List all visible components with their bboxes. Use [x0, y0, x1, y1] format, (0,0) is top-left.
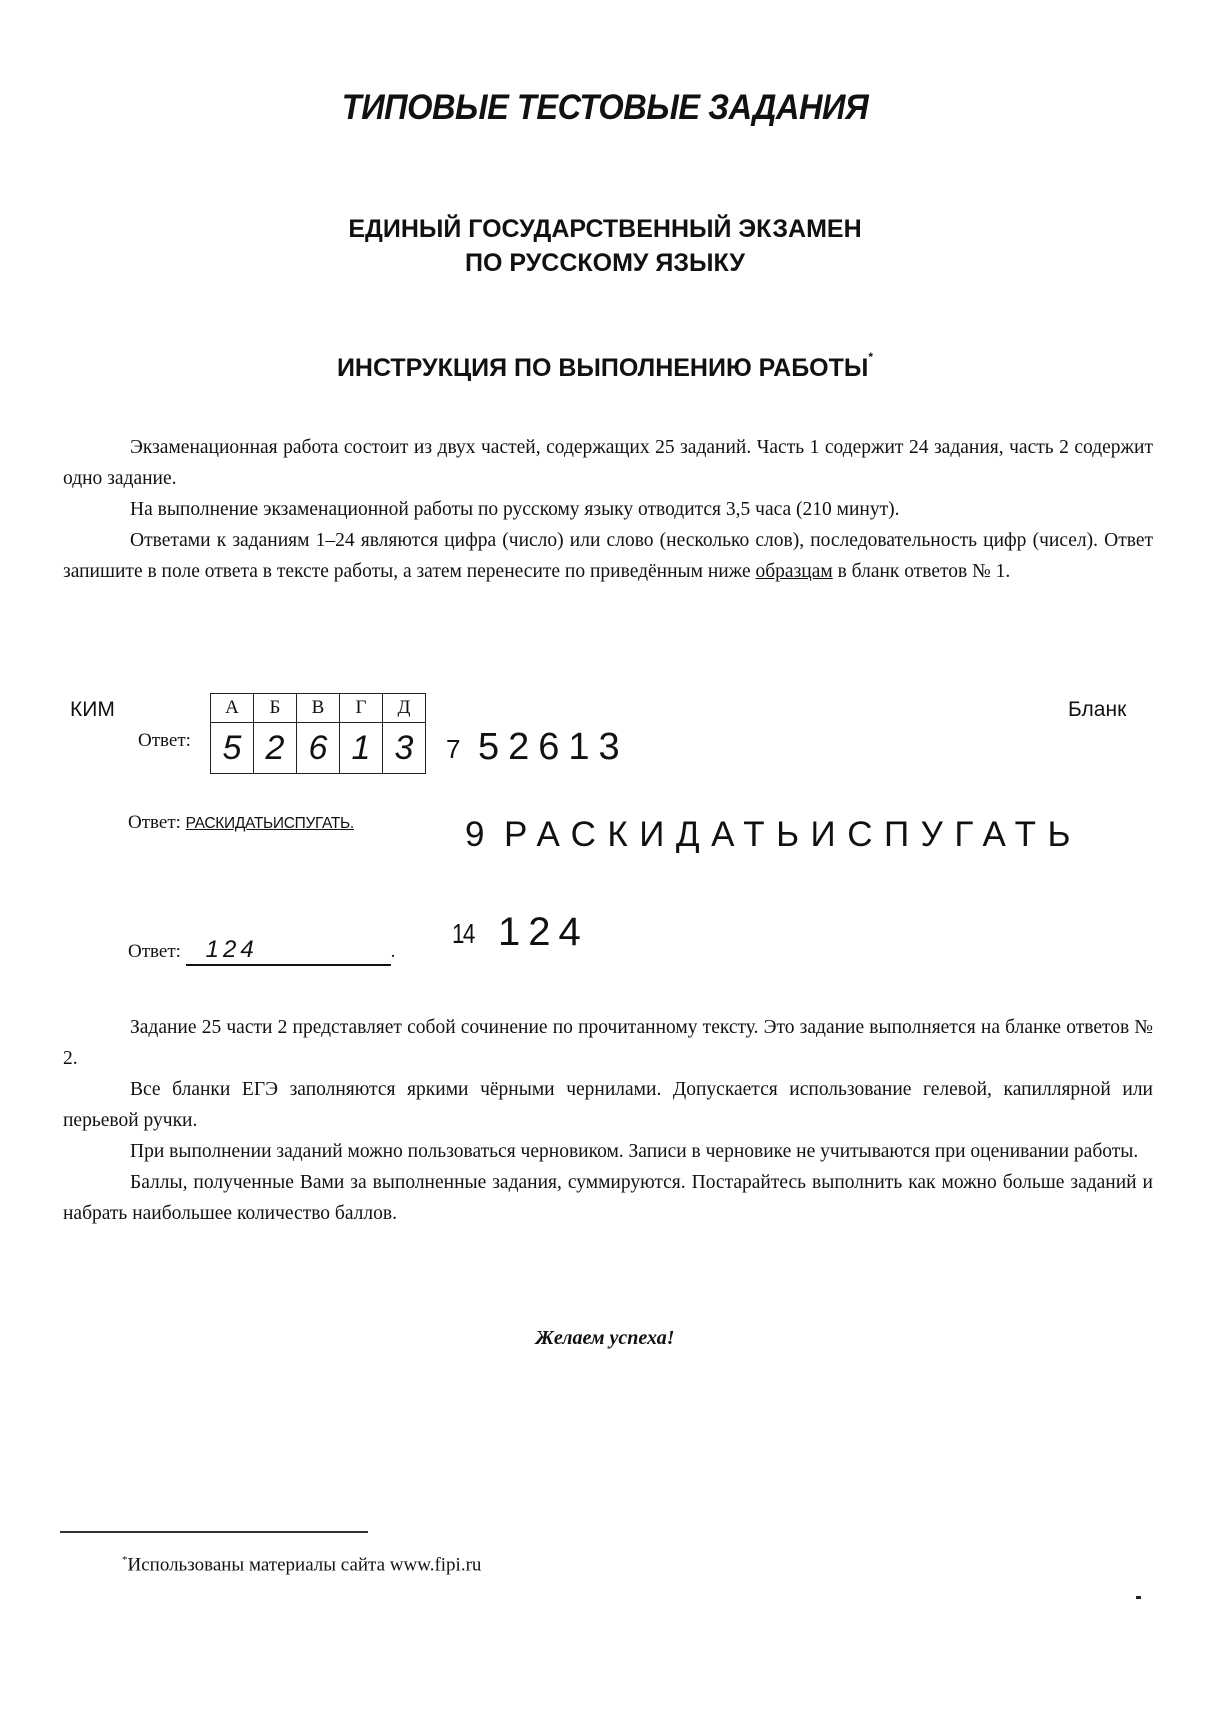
answer-table-value-d: 3: [383, 723, 426, 774]
answer-label-2-text: Ответ:: [128, 812, 181, 833]
answer-table-header-a: А: [211, 694, 254, 723]
answer-table-value-g: 1: [340, 723, 383, 774]
rules-paragraph-4: Баллы, полученные Вами за выполненные за…: [63, 1167, 1153, 1229]
samples-link: образцам: [756, 561, 833, 582]
intro-section: Экзаменационная работа состоит из двух ч…: [63, 432, 1153, 587]
subtitle-line-1: ЕДИНЫЙ ГОСУДАРСТВЕННЫЙ ЭКЗАМЕН: [0, 212, 1210, 246]
scan-artifact: [1136, 1596, 1141, 1599]
rules-paragraph-2: Все бланки ЕГЭ заполняются яркими чёрным…: [63, 1074, 1153, 1136]
footnote-text: Использованы материалы сайта www.fipi.ru: [128, 1554, 482, 1575]
blank-task-number-1: 7: [446, 734, 460, 765]
blank-task-number-2: 9: [465, 815, 495, 855]
footnote: *Использованы материалы сайта www.fipi.r…: [122, 1554, 481, 1576]
intro-paragraph-3-tail: в бланк ответов № 1.: [833, 561, 1011, 582]
answer-end-3: .: [391, 941, 396, 962]
rules-paragraph-3: При выполнении заданий можно пользоватьс…: [63, 1136, 1153, 1167]
blank-answer-3: 124: [498, 910, 589, 955]
closing-wish: Желаем успеха!: [0, 1327, 1210, 1350]
intro-paragraph-3: Ответами к заданиям 1–24 являются цифра …: [63, 525, 1153, 587]
subtitle-line-2: ПО РУССКОМУ ЯЗЫКУ: [0, 246, 1210, 280]
blank-answer-1: 52613: [478, 726, 629, 769]
blank-label: Бланк: [1068, 698, 1126, 722]
answer-table: А Б В Г Д 5 2 6 1 3: [210, 693, 426, 774]
answer-label-3: Ответ: 124.: [128, 936, 395, 966]
answer-label-1: Ответ:: [138, 730, 191, 752]
answer-label-3-text: Ответ:: [128, 941, 181, 962]
answer-table-value-b: 2: [254, 723, 297, 774]
footnote-divider: [60, 1531, 368, 1533]
rules-section: Задание 25 части 2 представляет собой со…: [63, 1012, 1153, 1229]
answer-label-2: Ответ: РАСКИДАТЬИСПУГАТЬ.: [128, 812, 354, 834]
footnote-marker: *: [868, 350, 873, 364]
intro-paragraph-2: На выполнение экзаменационной работы по …: [63, 494, 1153, 525]
instructions-heading: ИНСТРУКЦИЯ ПО ВЫПОЛНЕНИЮ РАБОТЫ*: [0, 354, 1210, 383]
exam-subtitle: ЕДИНЫЙ ГОСУДАРСТВЕННЫЙ ЭКЗАМЕН ПО РУССКО…: [0, 212, 1210, 280]
answer-table-value-a: 5: [211, 723, 254, 774]
answer-value-2: РАСКИДАТЬИСПУГАТЬ.: [186, 815, 354, 832]
blank-task-number-3: 14: [452, 918, 474, 950]
intro-paragraph-1: Экзаменационная работа состоит из двух ч…: [63, 432, 1153, 494]
kim-label: КИМ: [70, 698, 115, 722]
blank-answer-2: РАСКИДАТЬИСПУГАТЬ: [504, 815, 1082, 855]
document-title: ТИПОВЫЕ ТЕСТОВЫЕ ЗАДАНИЯ: [42, 88, 1167, 128]
answer-value-3: 124: [186, 936, 391, 966]
answer-table-header-g: Г: [340, 694, 383, 723]
answer-table-header-d: Д: [383, 694, 426, 723]
answer-table-value-v: 6: [297, 723, 340, 774]
answer-table-header-v: В: [297, 694, 340, 723]
rules-paragraph-1: Задание 25 части 2 представляет собой со…: [63, 1012, 1153, 1074]
answer-table-header-b: Б: [254, 694, 297, 723]
instructions-heading-text: ИНСТРУКЦИЯ ПО ВЫПОЛНЕНИЮ РАБОТЫ: [337, 354, 868, 382]
